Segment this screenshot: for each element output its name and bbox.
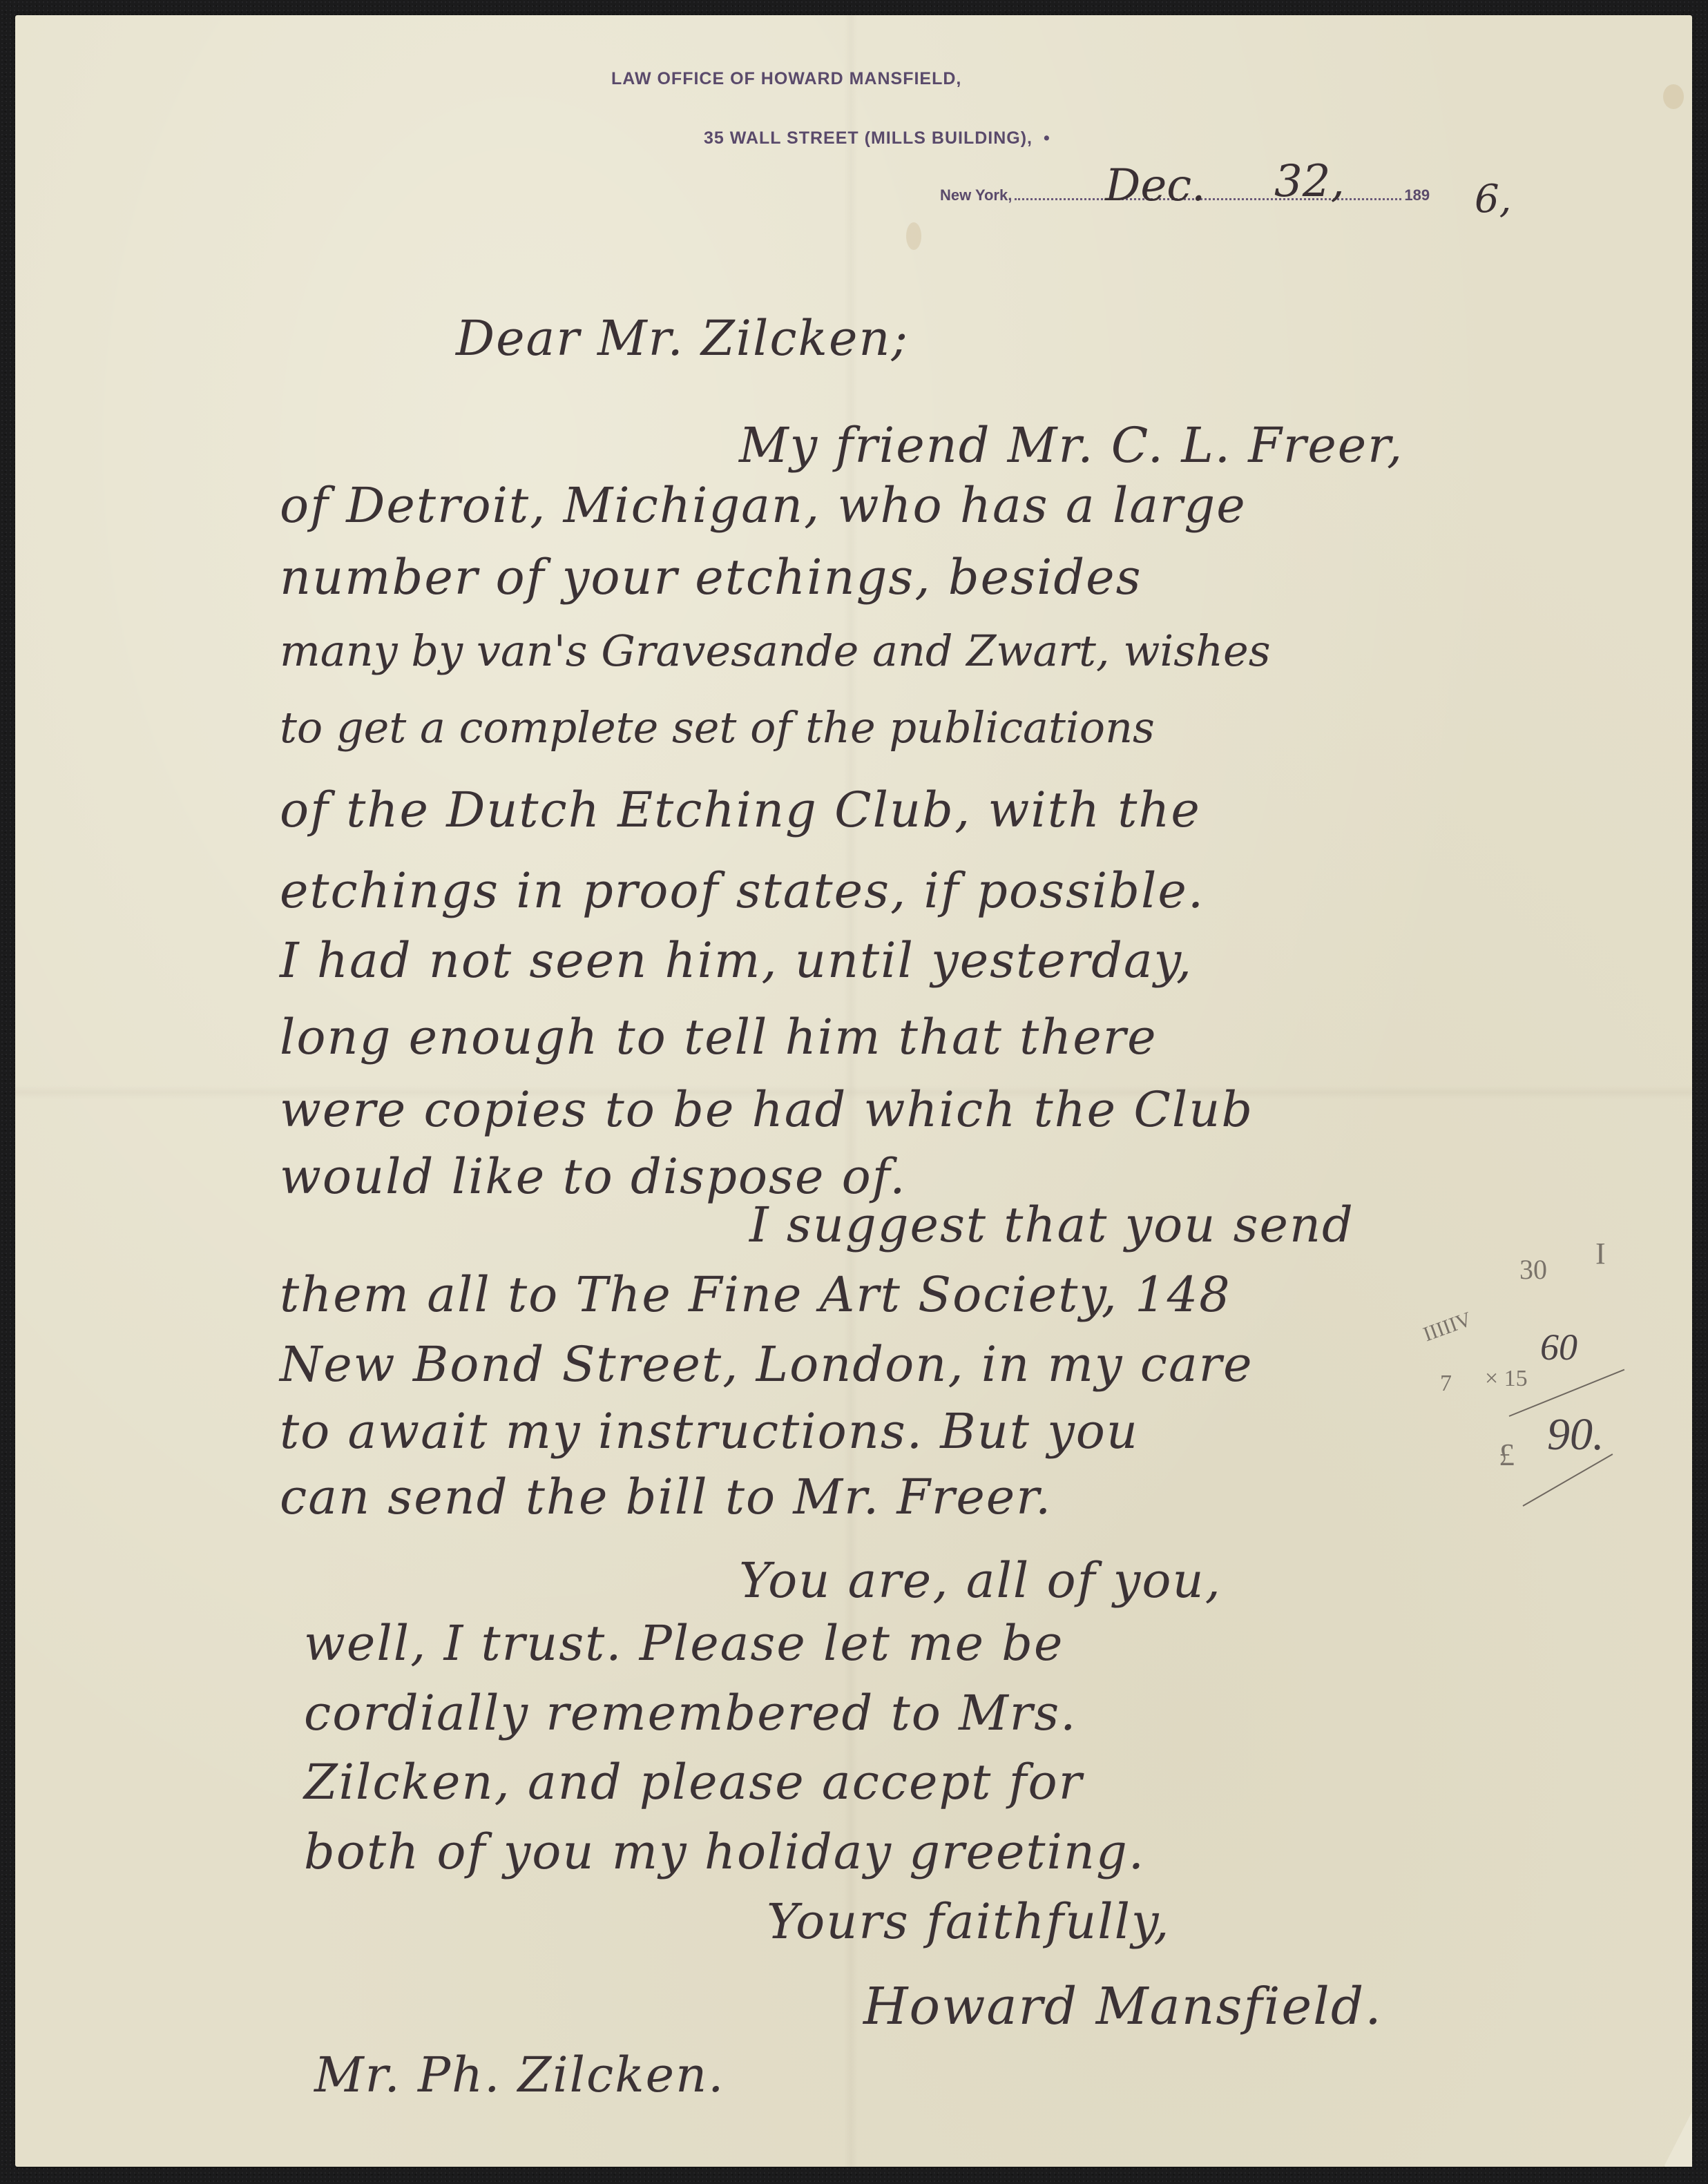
paper-stain: [906, 222, 921, 250]
letterhead-office: LAW OFFICE OF HOWARD MANSFIELD,: [611, 69, 961, 89]
closing: Yours faithfully,: [767, 1897, 1171, 1946]
letter-line: Zilcken, and please accept for: [304, 1758, 1083, 1806]
letter-line: them all to The Fine Art Society, 148: [280, 1270, 1231, 1319]
folded-corner: [1664, 2111, 1692, 2167]
addressee: Mr. Ph. Zilcken.: [314, 2051, 725, 2099]
letterhead-address-text: 35 WALL STREET (MILLS BUILDING),: [704, 128, 1033, 148]
letter-line: etchings in proof states, if possible.: [280, 867, 1205, 915]
margin-note-multiply: × 15: [1485, 1366, 1528, 1392]
letter-line: of Detroit, Michigan, who has a large: [280, 481, 1247, 530]
letter-line: cordially remembered to Mrs.: [304, 1689, 1077, 1737]
margin-note-total: 90.: [1547, 1409, 1604, 1461]
letter-line: many by van's Gravesande and Zwart, wish…: [280, 630, 1271, 673]
date-day: 32,: [1274, 156, 1345, 207]
letter-line: to get a complete set of the publication…: [280, 706, 1155, 749]
signature: Howard Mansfield.: [863, 1981, 1383, 2032]
margin-note-roman-one: I: [1595, 1236, 1606, 1271]
letterhead-address: 35 WALL STREET (MILLS BUILDING), •: [704, 128, 1050, 148]
salutation: Dear Mr. Zilcken;: [456, 314, 909, 363]
margin-note-currency: £: [1499, 1436, 1515, 1473]
margin-note-60: 60: [1540, 1326, 1577, 1369]
date-year-suffix: 6,: [1475, 177, 1511, 222]
letter-line: long enough to tell him that there: [280, 1013, 1158, 1061]
letter-line: would like to dispose of.: [280, 1152, 906, 1201]
margin-note-30: 30: [1519, 1253, 1547, 1286]
letter-line: well, I trust. Please let me be: [304, 1619, 1064, 1668]
city-label: New York,: [940, 186, 1012, 204]
paper-stain: [1663, 84, 1684, 109]
letter-line: New Bond Street, London, in my care: [280, 1340, 1254, 1389]
letterhead-bullet: •: [1044, 128, 1050, 148]
letter-line: You are, all of you,: [739, 1556, 1222, 1605]
letter-line: I had not seen him, until yesterday,: [280, 936, 1193, 985]
letter-line: to await my instructions. But you: [280, 1407, 1139, 1456]
letter-line: I suggest that you send: [749, 1201, 1354, 1249]
letter-line: number of your etchings, besides: [280, 553, 1142, 601]
letter-line: My friend Mr. C. L. Freer,: [739, 421, 1403, 470]
letter-line: both of you my holiday greeting.: [304, 1828, 1145, 1876]
year-prefix: 189: [1404, 186, 1430, 204]
letter-line: can send the bill to Mr. Freer.: [280, 1473, 1052, 1521]
date-month: Dec.: [1105, 160, 1205, 211]
letter-line: of the Dutch Etching Club, with the: [280, 786, 1201, 834]
margin-note-count: 7: [1440, 1371, 1452, 1397]
letter-line: were copies to be had which the Club: [280, 1085, 1254, 1134]
